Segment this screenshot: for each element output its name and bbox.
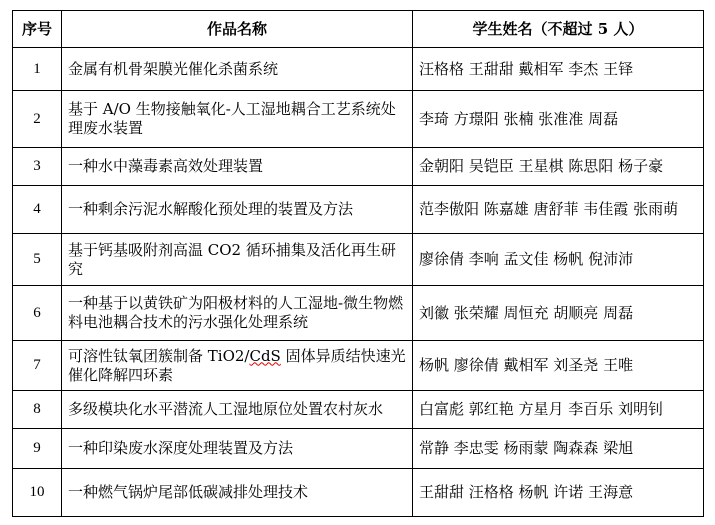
- table-row: 6 一种基于以黄铁矿为阳极材料的人工湿地-微生物燃料电池耦合技术的污水强化处理系…: [13, 286, 704, 341]
- row-title: 基于 A/O 生物接触氧化-人工湿地耦合工艺系统处理废水装置: [62, 91, 413, 148]
- row-title: 一种剩余污泥水解酸化预处理的装置及方法: [62, 186, 413, 234]
- row-students: 廖徐倩 李响 孟文佳 杨帆 倪沛沛: [413, 234, 704, 286]
- table-row: 9 一种印染废水深度处理装置及方法 常静 李忠雯 杨雨蒙 陶森森 梁旭: [13, 429, 704, 469]
- row-students: 范李傲阳 陈嘉雄 唐舒菲 韦佳霞 张雨萌: [413, 186, 704, 234]
- row-title: 基于钙基吸附剂高温 CO2 循环捕集及活化再生研究: [62, 234, 413, 286]
- header-title: 作品名称: [62, 11, 413, 48]
- row-index: 2: [13, 91, 62, 148]
- row-title: 多级模块化水平潜流人工湿地原位处置农村灰水: [62, 391, 413, 429]
- table-row: 1 金属有机骨架膜光催化杀菌系统 汪格格 王甜甜 戴相军 李杰 王铎: [13, 48, 704, 91]
- header-index: 序号: [13, 11, 62, 48]
- row-index: 7: [13, 341, 62, 391]
- row-students: 李琦 方璟阳 张楠 张准准 周磊: [413, 91, 704, 148]
- table-row: 3 一种水中藻毒素高效处理装置 金朝阳 吴铠臣 王星棋 陈思阳 杨子豪: [13, 148, 704, 186]
- row-students: 王甜甜 汪格格 杨帆 许诺 王海意: [413, 469, 704, 517]
- row-students: 刘徽 张荣耀 周恒充 胡顺亮 周磊: [413, 286, 704, 341]
- row-title: 一种基于以黄铁矿为阳极材料的人工湿地-微生物燃料电池耦合技术的污水强化处理系统: [62, 286, 413, 341]
- row-index: 5: [13, 234, 62, 286]
- row-index: 8: [13, 391, 62, 429]
- table-row: 10 一种燃气锅炉尾部低碳减排处理技术 王甜甜 汪格格 杨帆 许诺 王海意: [13, 469, 704, 517]
- row-students: 金朝阳 吴铠臣 王星棋 陈思阳 杨子豪: [413, 148, 704, 186]
- row-index: 6: [13, 286, 62, 341]
- row-index: 4: [13, 186, 62, 234]
- spellcheck-mark: CdS: [249, 347, 280, 365]
- row-title: 金属有机骨架膜光催化杀菌系统: [62, 48, 413, 91]
- row-index: 9: [13, 429, 62, 469]
- table-row: 8 多级模块化水平潜流人工湿地原位处置农村灰水 白富彪 郭红艳 方星月 李百乐 …: [13, 391, 704, 429]
- row-index: 1: [13, 48, 62, 91]
- row-title: 一种水中藻毒素高效处理装置: [62, 148, 413, 186]
- row-title: 一种燃气锅炉尾部低碳减排处理技术: [62, 469, 413, 517]
- row-students: 杨帆 廖徐倩 戴相军 刘圣尧 王唯: [413, 341, 704, 391]
- row-index: 10: [13, 469, 62, 517]
- table-row: 4 一种剩余污泥水解酸化预处理的装置及方法 范李傲阳 陈嘉雄 唐舒菲 韦佳霞 张…: [13, 186, 704, 234]
- row-title: 一种印染废水深度处理装置及方法: [62, 429, 413, 469]
- row-index: 3: [13, 148, 62, 186]
- row-students: 汪格格 王甜甜 戴相军 李杰 王铎: [413, 48, 704, 91]
- table-row: 2 基于 A/O 生物接触氧化-人工湿地耦合工艺系统处理废水装置 李琦 方璟阳 …: [13, 91, 704, 148]
- header-students: 学生姓名（不超过 5 人）: [413, 11, 704, 48]
- table-row: 5 基于钙基吸附剂高温 CO2 循环捕集及活化再生研究 廖徐倩 李响 孟文佳 杨…: [13, 234, 704, 286]
- header-row: 序号 作品名称 学生姓名（不超过 5 人）: [13, 11, 704, 48]
- table-row: 7 可溶性钛氧团簇制备 TiO2/CdS 固体异质结快速光催化降解四环素 杨帆 …: [13, 341, 704, 391]
- row-students: 常静 李忠雯 杨雨蒙 陶森森 梁旭: [413, 429, 704, 469]
- title-part: 可溶性钛氧团簇制备 TiO2/: [68, 347, 249, 365]
- works-table: 序号 作品名称 学生姓名（不超过 5 人） 1 金属有机骨架膜光催化杀菌系统 汪…: [12, 10, 704, 517]
- row-title: 可溶性钛氧团簇制备 TiO2/CdS 固体异质结快速光催化降解四环素: [62, 341, 413, 391]
- row-students: 白富彪 郭红艳 方星月 李百乐 刘明钊: [413, 391, 704, 429]
